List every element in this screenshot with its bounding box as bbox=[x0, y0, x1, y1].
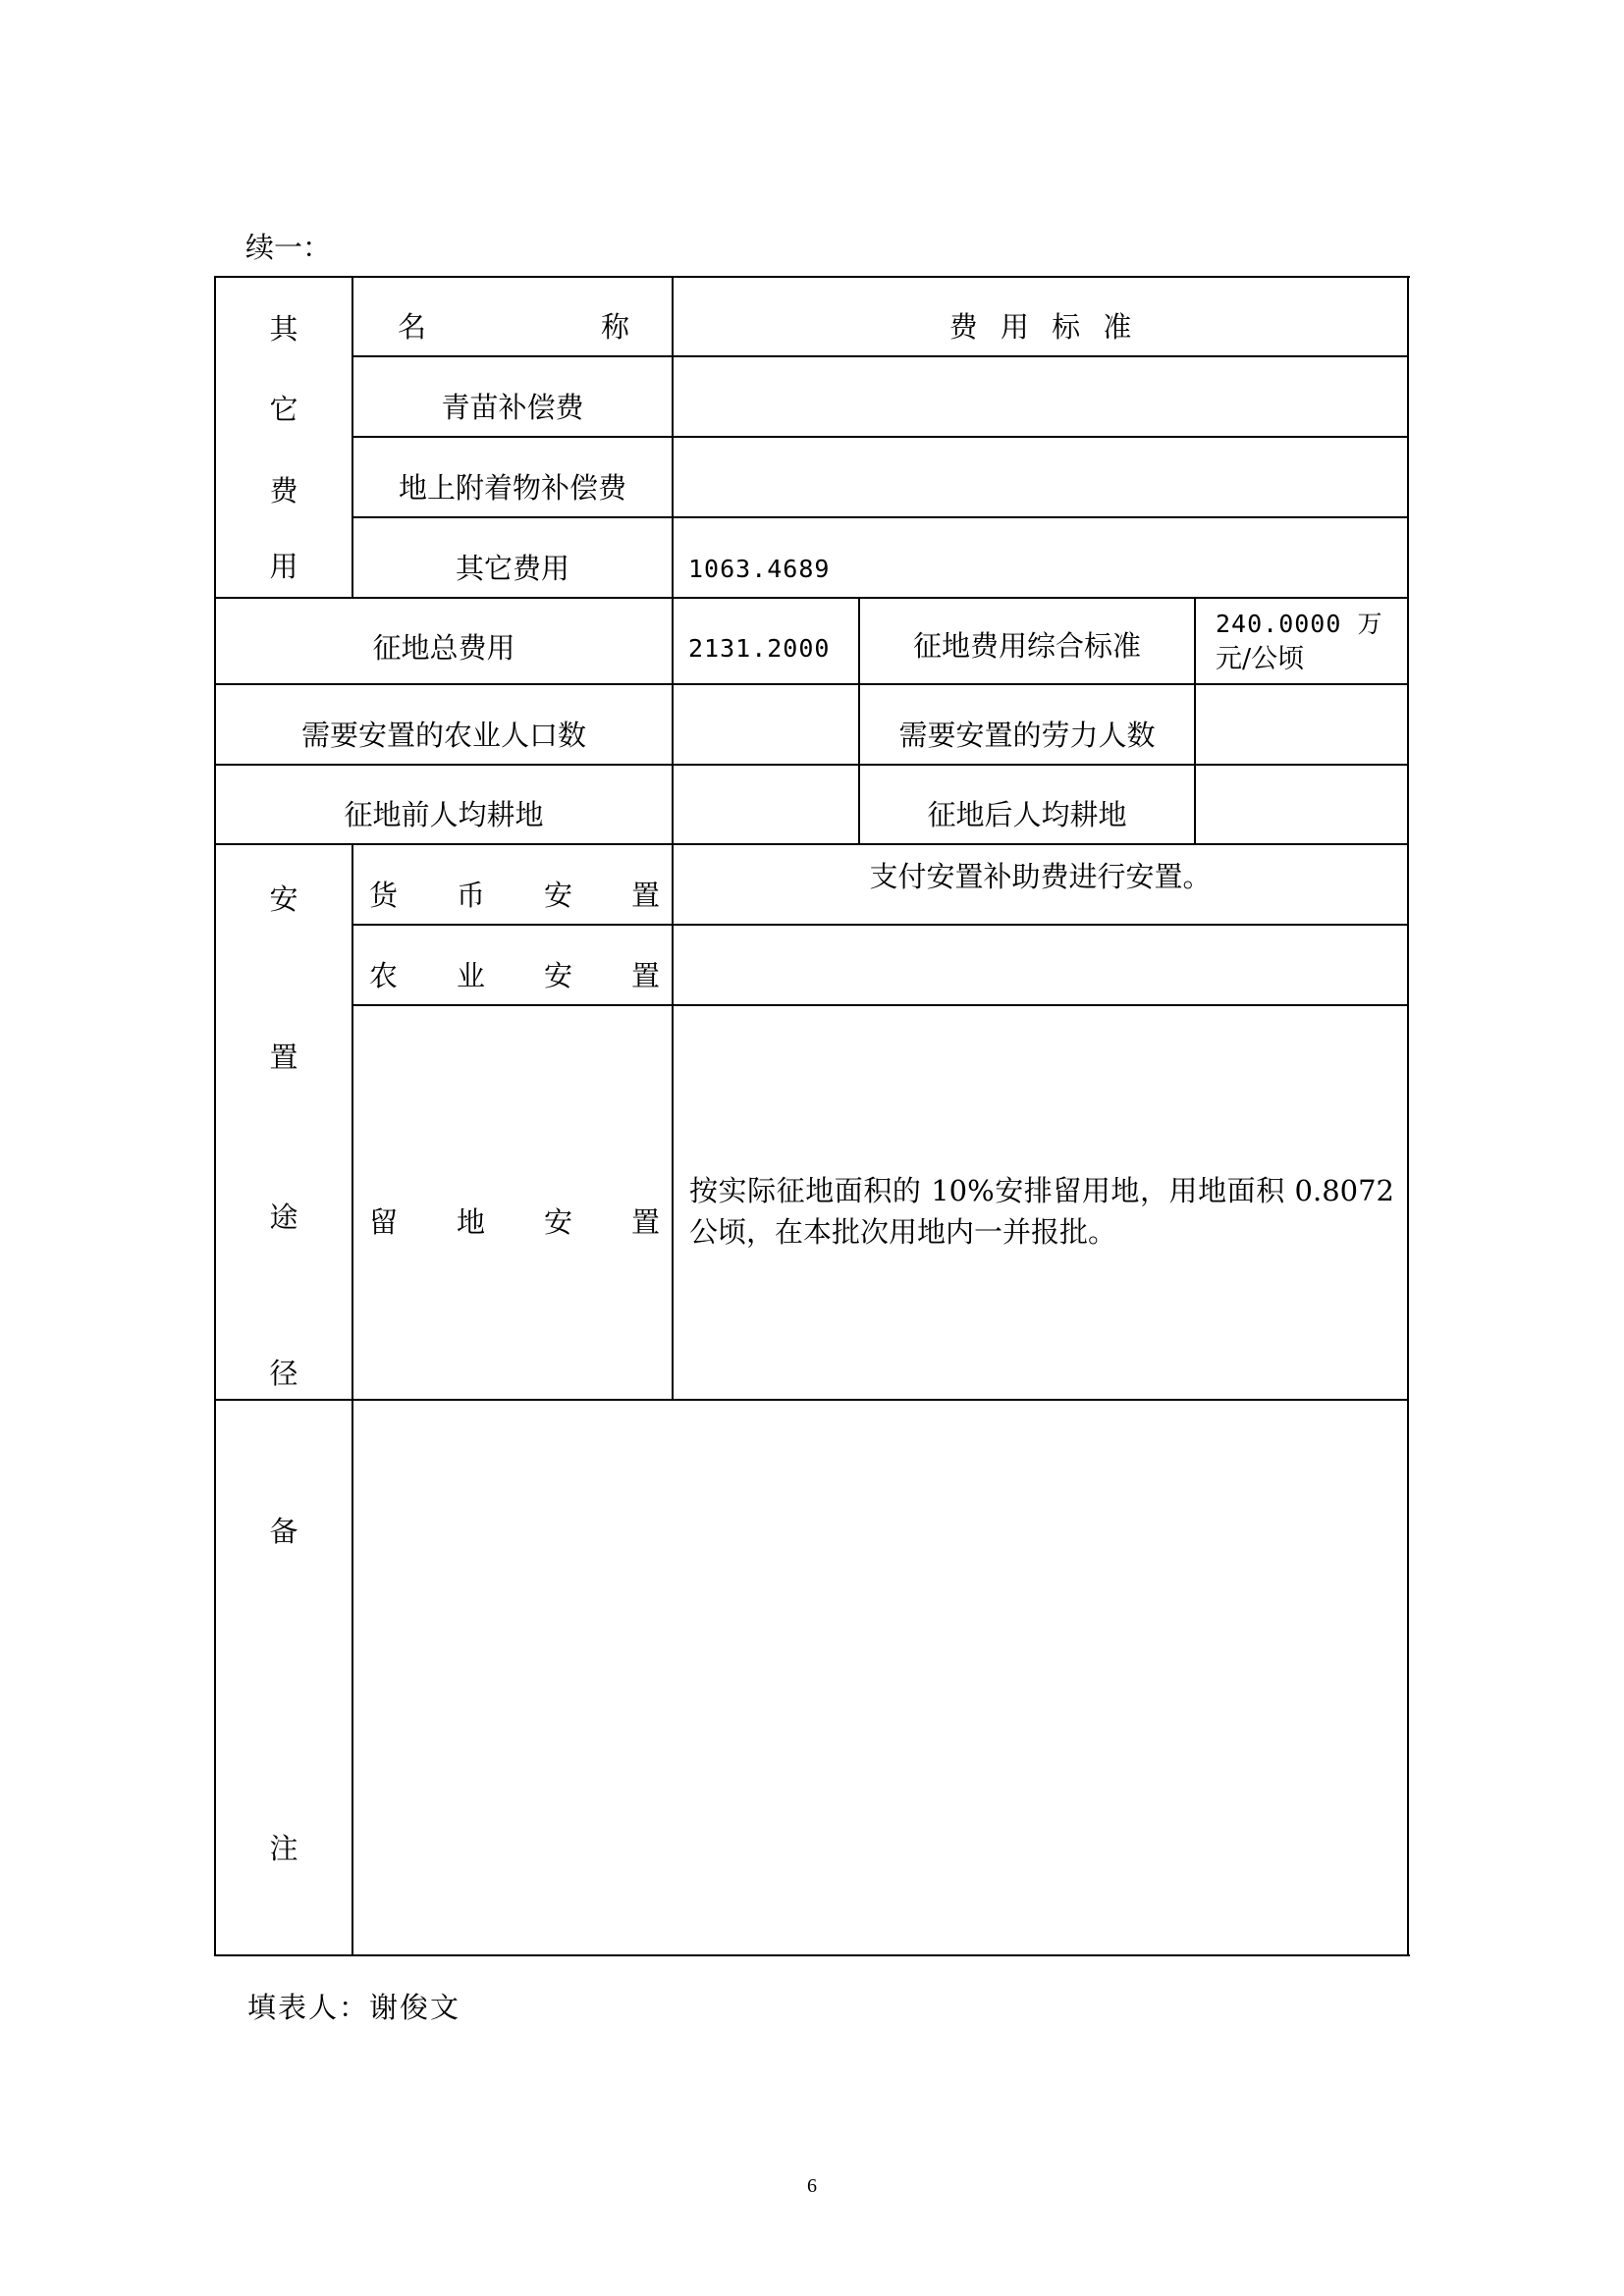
agri-population-label: 需要安置的农业人口数 bbox=[215, 684, 673, 765]
remarks-content bbox=[373, 1423, 1384, 1934]
group-label-char: 它 bbox=[215, 396, 352, 424]
fee-standard-column-header: 费 用 标 准 bbox=[673, 277, 1408, 356]
group-label-char: 费 bbox=[215, 477, 352, 506]
method-char: 业 bbox=[457, 962, 485, 990]
resettlement-method-agricultural: 农 业 安 置 bbox=[369, 925, 660, 1005]
name-column-header: 名 称 bbox=[398, 277, 629, 356]
fee-value-attachment-compensation bbox=[673, 437, 1408, 517]
farmland-after-value bbox=[1195, 765, 1408, 844]
group-label-char: 径 bbox=[215, 1360, 352, 1388]
method-char: 地 bbox=[457, 1208, 485, 1237]
fee-name-seedling-compensation: 青苗补偿费 bbox=[352, 356, 673, 437]
group-label-char: 途 bbox=[215, 1203, 352, 1232]
total-fee-label: 征地总费用 bbox=[215, 598, 673, 684]
farmland-before-label: 征地前人均耕地 bbox=[215, 765, 673, 844]
labor-count-label: 需要安置的劳力人数 bbox=[859, 684, 1195, 765]
method-char: 置 bbox=[631, 1208, 660, 1237]
resettlement-method-reserved-land: 留 地 安 置 bbox=[369, 1005, 660, 1400]
remarks-label-char: 注 bbox=[215, 1835, 352, 1863]
comprehensive-standard-label: 征地费用综合标准 bbox=[859, 598, 1195, 684]
method-char: 安 bbox=[544, 881, 572, 910]
fee-name-attachment-compensation: 地上附着物补偿费 bbox=[352, 437, 673, 517]
group-label-char: 置 bbox=[215, 1043, 352, 1072]
col-divider bbox=[352, 843, 353, 1955]
table-border-left bbox=[214, 276, 216, 1956]
remarks-label-char: 备 bbox=[215, 1518, 352, 1546]
resettlement-description-reserved-land: 按实际征地面积的 10%安排留用地，用地面积 0.8072 公顷，在本批次用地内… bbox=[689, 1170, 1394, 1253]
standard-value-line2: 元/公顷 bbox=[1216, 642, 1402, 677]
page-number: 6 bbox=[792, 2175, 832, 2198]
table-border-bottom bbox=[215, 1954, 1410, 1956]
method-char: 留 bbox=[369, 1208, 398, 1237]
method-char: 农 bbox=[369, 962, 398, 990]
method-char: 安 bbox=[544, 962, 572, 990]
farmland-after-label: 征地后人均耕地 bbox=[859, 765, 1195, 844]
resettlement-description-monetary: 支付安置补助费进行安置。 bbox=[673, 844, 1408, 925]
method-char: 币 bbox=[457, 881, 485, 910]
group-label-char: 用 bbox=[215, 553, 352, 581]
group-label-char: 安 bbox=[215, 885, 352, 914]
form-filler: 填表人：谢俊文 bbox=[247, 1994, 460, 2022]
name-header-char: 称 bbox=[601, 313, 629, 342]
agri-population-value bbox=[673, 684, 859, 765]
resettlement-description-agricultural bbox=[673, 925, 1408, 1005]
standard-value-line1: 240.0000 万 bbox=[1216, 607, 1402, 642]
labor-count-value bbox=[1195, 684, 1408, 765]
farmland-before-value bbox=[673, 765, 859, 844]
resettlement-method-monetary: 货 币 安 置 bbox=[369, 844, 660, 925]
method-char: 置 bbox=[631, 881, 660, 910]
method-char: 货 bbox=[369, 881, 398, 910]
group-label-char: 其 bbox=[215, 315, 352, 344]
fee-value-other-fees: 1063.4689 bbox=[673, 517, 1408, 598]
fee-value-seedling-compensation bbox=[673, 356, 1408, 437]
method-char: 安 bbox=[544, 1208, 572, 1237]
continuation-label: 续一： bbox=[245, 234, 331, 262]
total-fee-value: 2131.2000 bbox=[673, 598, 859, 684]
method-char: 置 bbox=[631, 962, 660, 990]
fee-name-other-fees: 其它费用 bbox=[352, 517, 673, 598]
comprehensive-standard-value: 240.0000 万 元/公顷 bbox=[1216, 607, 1402, 677]
name-header-char: 名 bbox=[398, 313, 426, 342]
